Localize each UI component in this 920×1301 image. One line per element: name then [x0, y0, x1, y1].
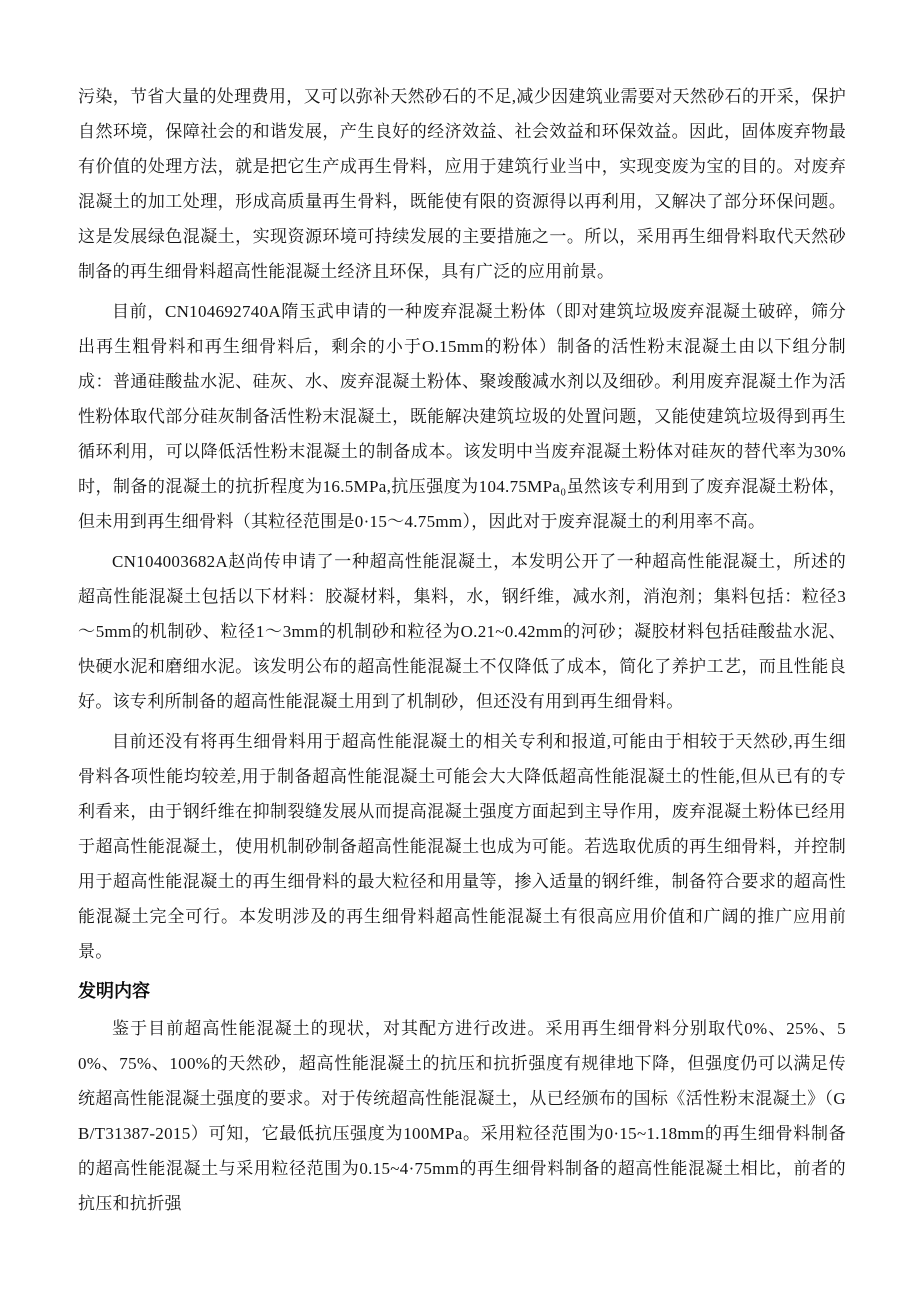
document-page: 污染，节省大量的处理费用，又可以弥补天然砂石的不足,减少因建筑业需要对天然砂石的…	[0, 0, 920, 1301]
body-paragraph-invention-summary: 鉴于目前超高性能混凝土的现状，对其配方进行改进。采用再生细骨料分别取代0%、25…	[78, 1011, 846, 1221]
section-heading-invention-content: 发明内容	[78, 974, 846, 1009]
body-paragraph-prior-art-1: 目前，CN104692740A隋玉武申请的一种废弃混凝土粉体（即对建筑垃圾废弃混…	[78, 294, 846, 539]
body-paragraph-continued: 污染，节省大量的处理费用，又可以弥补天然砂石的不足,减少因建筑业需要对天然砂石的…	[78, 79, 846, 289]
body-paragraph-prior-art-2: CN104003682A赵尚传申请了一种超高性能混凝土，本发明公开了一种超高性能…	[78, 544, 846, 719]
body-paragraph-feasibility: 目前还没有将再生细骨料用于超高性能混凝土的相关专利和报道,可能由于相较于天然砂,…	[78, 724, 846, 969]
page-text-block: 污染，节省大量的处理费用，又可以弥补天然砂石的不足,减少因建筑业需要对天然砂石的…	[78, 79, 846, 1226]
